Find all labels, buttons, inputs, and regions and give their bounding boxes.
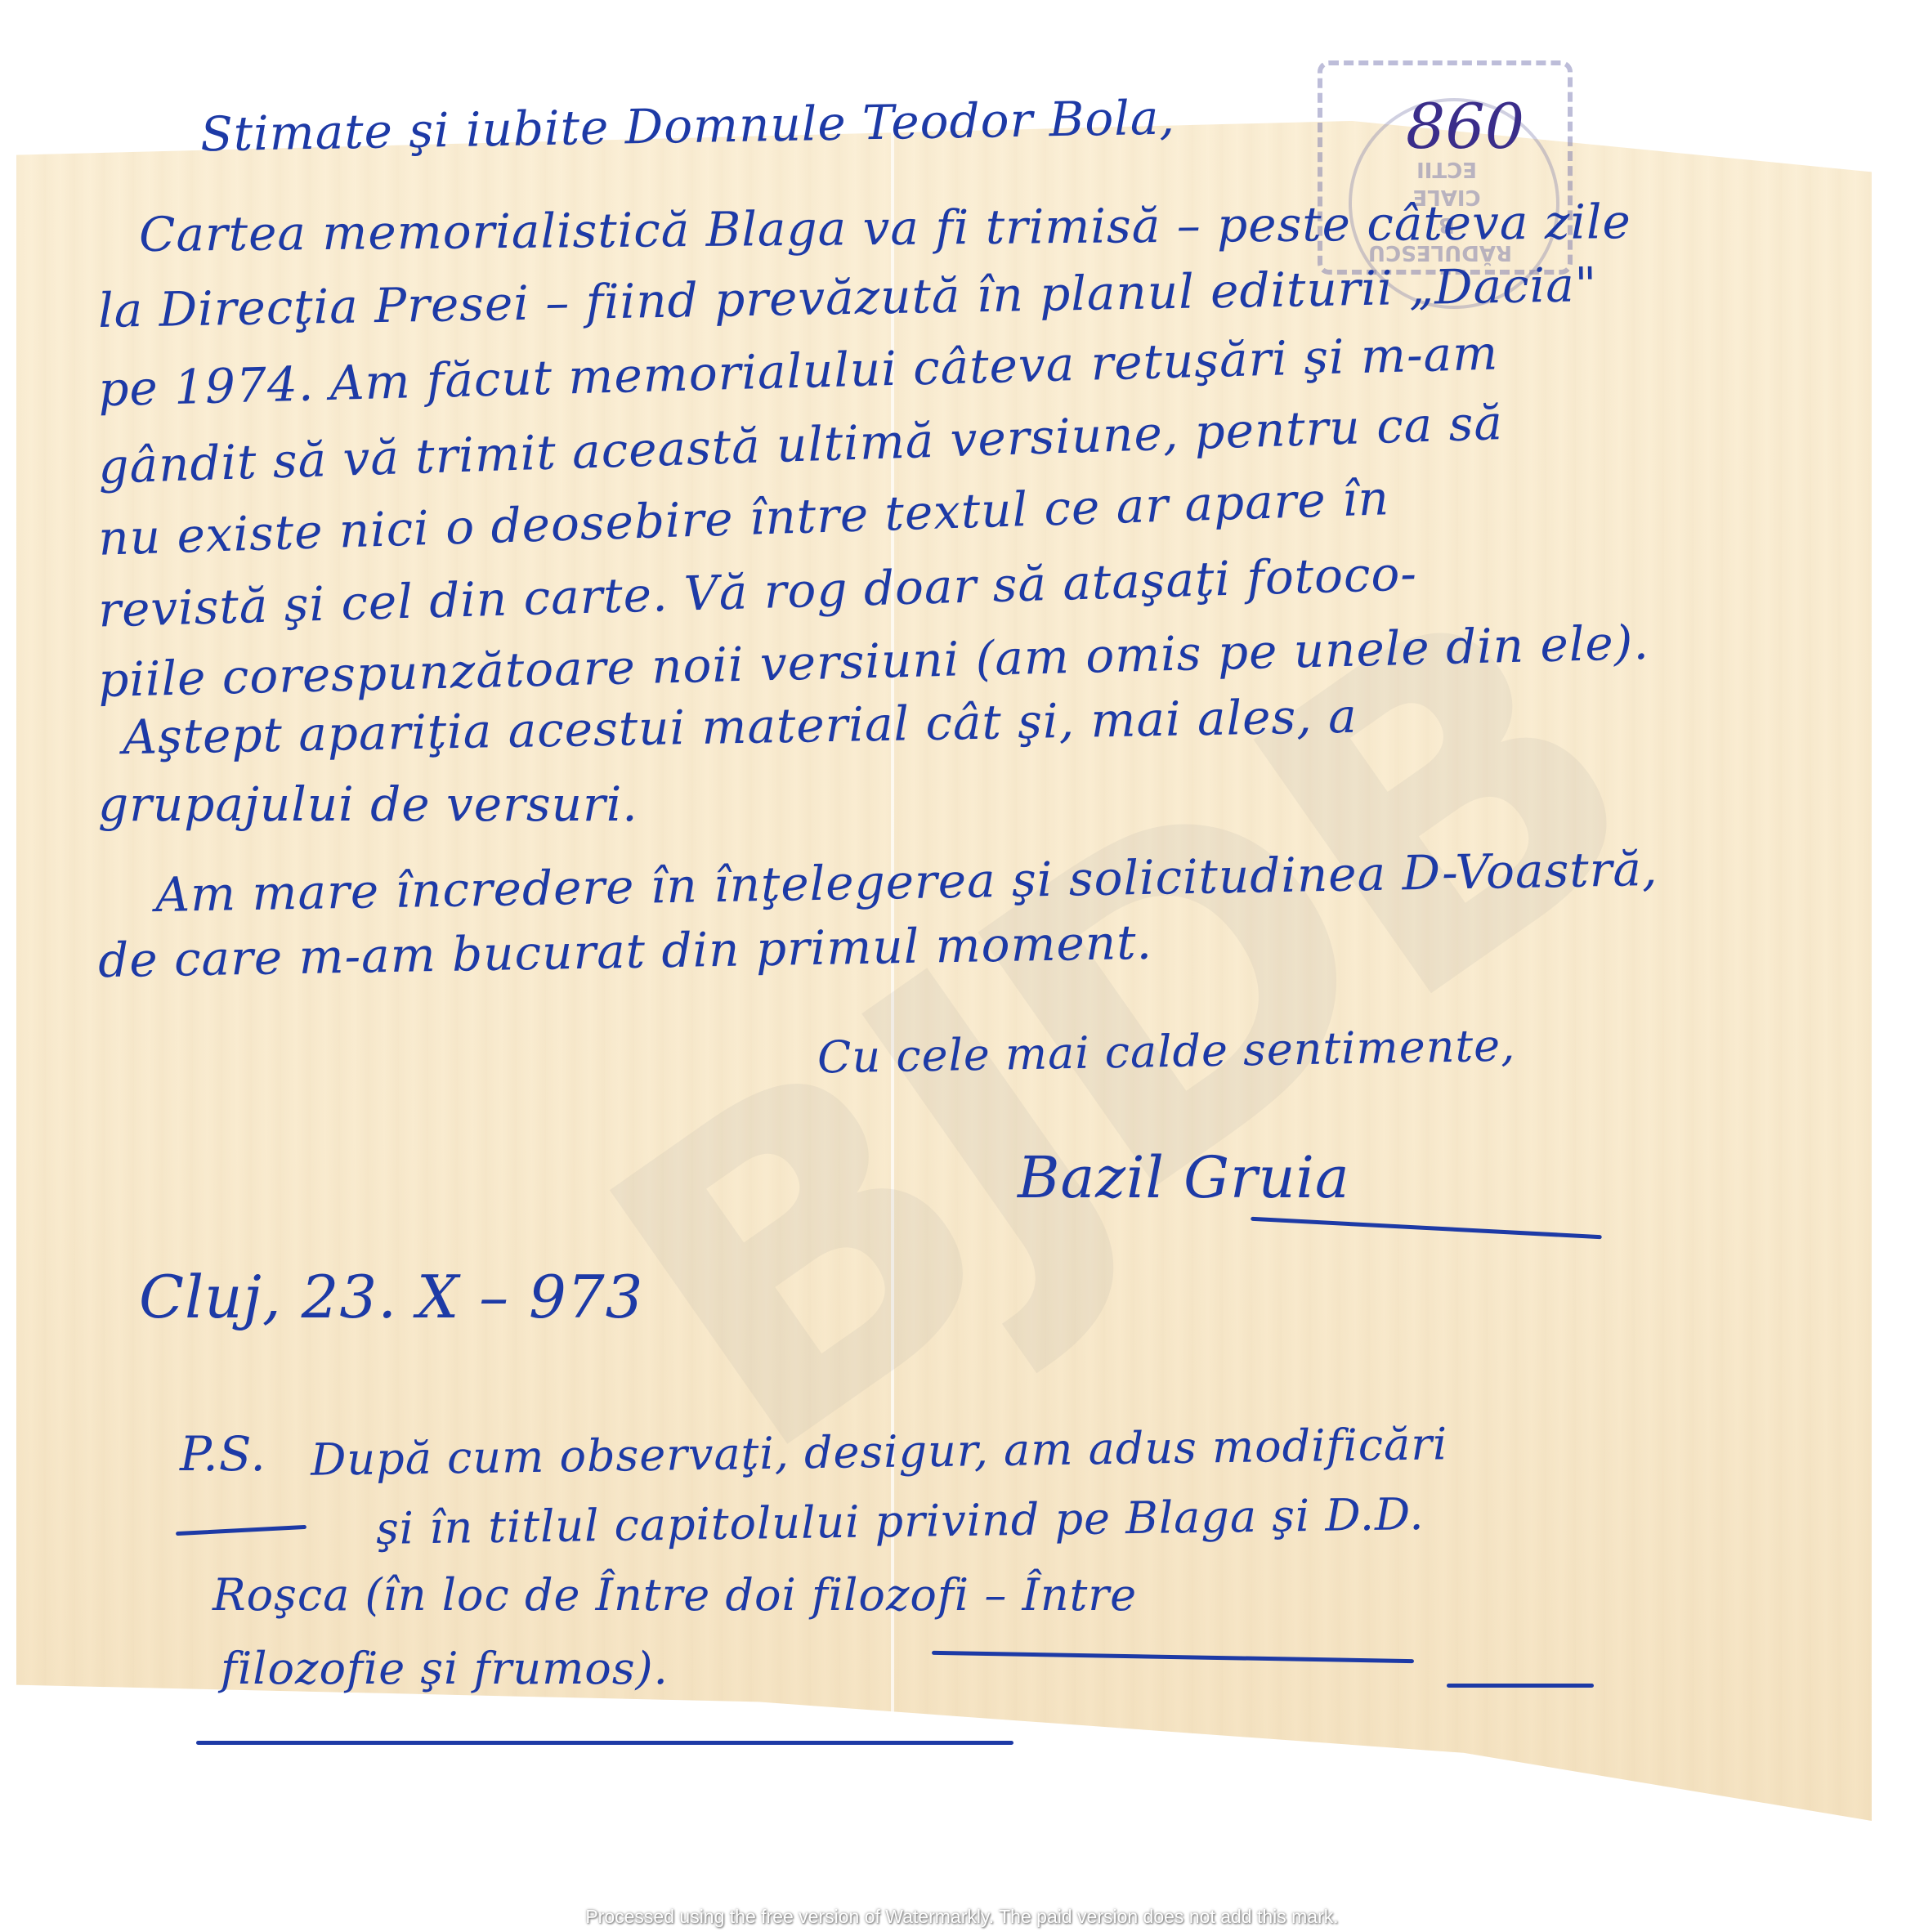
footer-watermark: Processed using the free version of Wate…: [0, 1906, 1924, 1928]
archive-number: 860: [1406, 90, 1524, 163]
title-underline-new-b: [196, 1741, 1013, 1745]
title-underline-new-a: [1447, 1684, 1594, 1688]
postscript-label: P.S.: [180, 1426, 266, 1482]
place-date: Cluj, 23. X – 973: [139, 1263, 643, 1331]
postscript-line-4: filozofie şi frumos).: [221, 1643, 669, 1694]
body-line-9: grupajului de versuri.: [98, 776, 638, 832]
postscript-line-3: Roşca (în loc de Între doi filozofi – În…: [213, 1569, 1137, 1621]
signature: Bazil Gruia: [1018, 1144, 1350, 1211]
